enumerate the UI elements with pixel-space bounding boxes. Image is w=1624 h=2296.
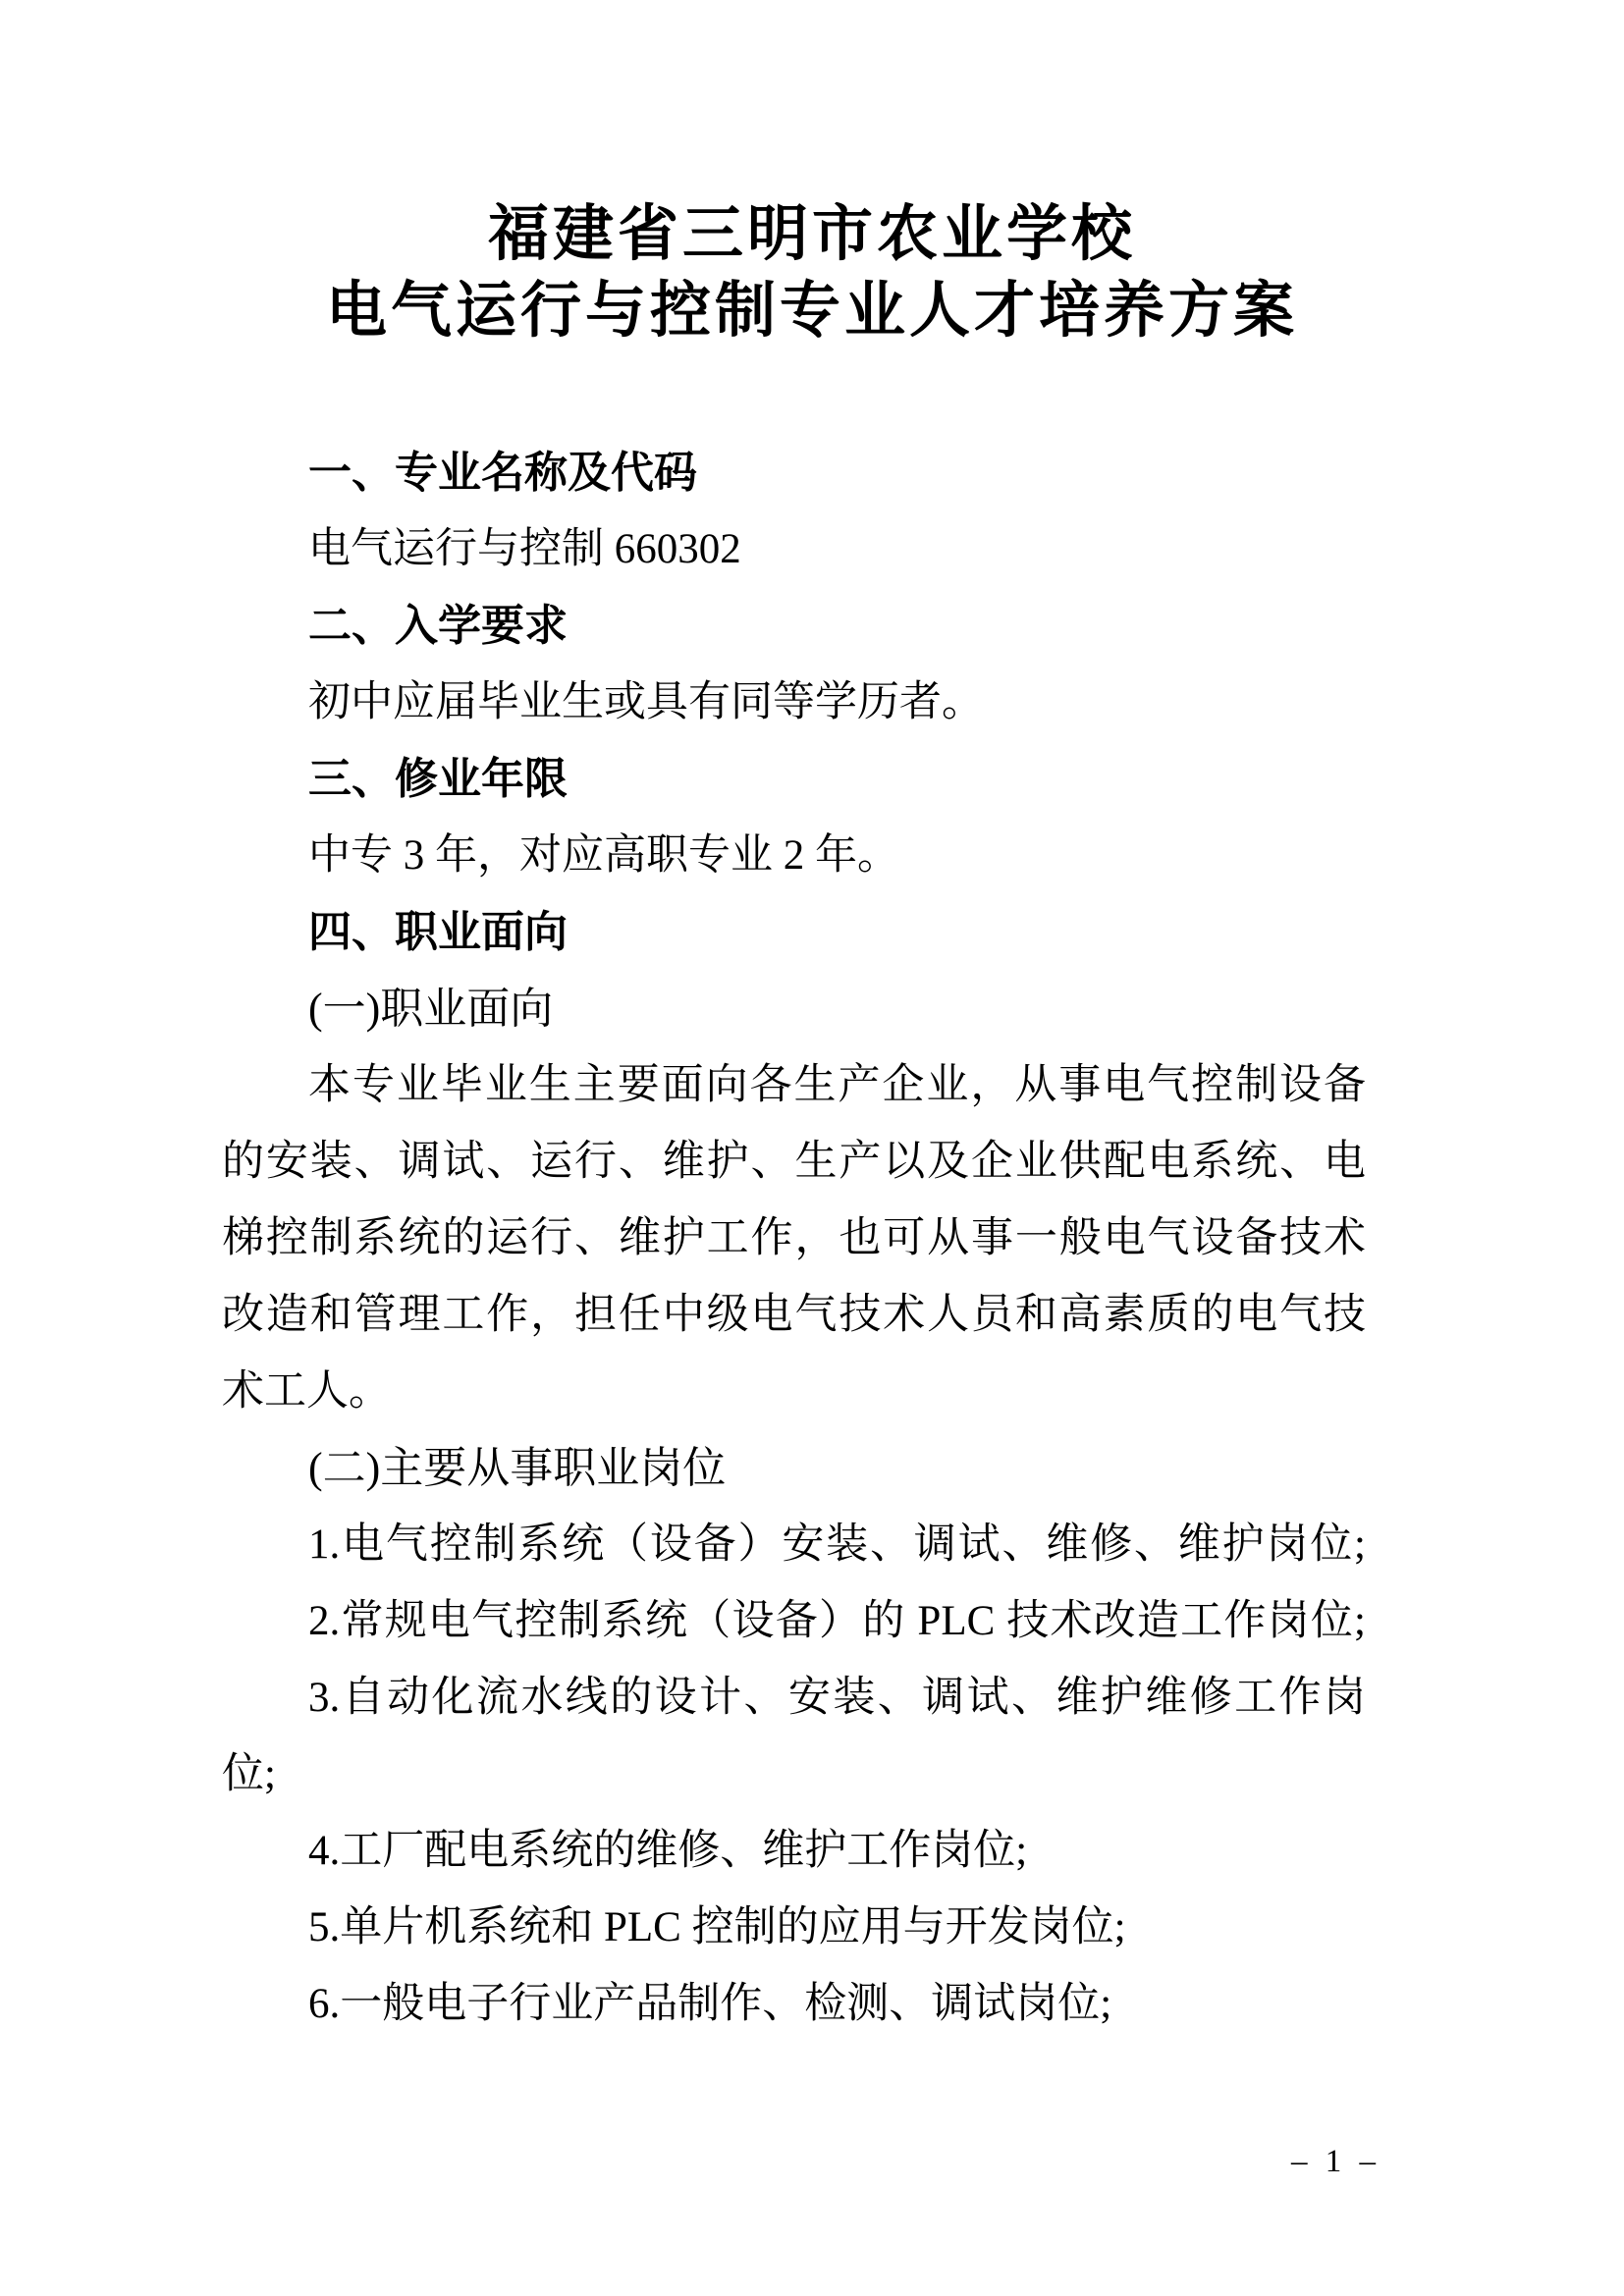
- heading-section-1: 一、专业名称及代码: [222, 435, 1366, 511]
- heading-section-4: 四、职业面向: [222, 894, 1366, 971]
- job-position-item-6: 6.一般电子行业产品制作、检测、调试岗位;: [222, 1966, 1366, 2043]
- page-number: – 1 –: [1291, 2140, 1380, 2183]
- career-paragraph-line-3: 梯控制系统的运行、维护工作，也可从事一般电气设备技术: [222, 1201, 1366, 1277]
- career-paragraph-line-5: 术工人。: [222, 1354, 1366, 1430]
- section-1-content: 电气运行与控制 660302: [222, 511, 1366, 588]
- career-paragraph-line-2: 的安装、调试、运行、维护、生产以及企业供配电系统、电: [222, 1124, 1366, 1201]
- section-3-content: 中专 3 年，对应高职专业 2 年。: [222, 818, 1366, 894]
- heading-section-2: 二、入学要求: [222, 588, 1366, 665]
- document-title-line1: 福建省三明市农业学校: [0, 195, 1624, 274]
- subsection-4-2-heading: (二)主要从事职业岗位: [222, 1430, 1366, 1507]
- section-2-content: 初中应届毕业生或具有同等学历者。: [222, 665, 1366, 741]
- heading-section-3: 三、修业年限: [222, 741, 1366, 818]
- career-paragraph-line-4: 改造和管理工作，担任中级电气技术人员和高素质的电气技: [222, 1277, 1366, 1354]
- job-position-item-4: 4.工厂配电系统的维修、维护工作岗位;: [222, 1813, 1366, 1890]
- job-position-item-2: 2.常规电气控制系统（设备）的 PLC 技术改造工作岗位;: [222, 1583, 1366, 1660]
- job-position-item-5: 5.单片机系统和 PLC 控制的应用与开发岗位;: [222, 1890, 1366, 1966]
- document-page: 福建省三明市农业学校 电气运行与控制专业人才培养方案 一、专业名称及代码 电气运…: [0, 0, 1624, 2296]
- job-position-item-3-line-1: 3.自动化流水线的设计、安装、调试、维护维修工作岗: [222, 1660, 1366, 1736]
- job-position-item-1: 1.电气控制系统（设备）安装、调试、维修、维护岗位;: [222, 1507, 1366, 1583]
- job-position-item-3-line-2: 位;: [222, 1736, 1366, 1813]
- subsection-4-1-heading: (一)职业面向: [222, 971, 1366, 1047]
- career-paragraph-line-1: 本专业毕业生主要面向各生产企业，从事电气控制设备: [222, 1047, 1366, 1124]
- document-title-line2: 电气运行与控制专业人才培养方案: [0, 272, 1624, 350]
